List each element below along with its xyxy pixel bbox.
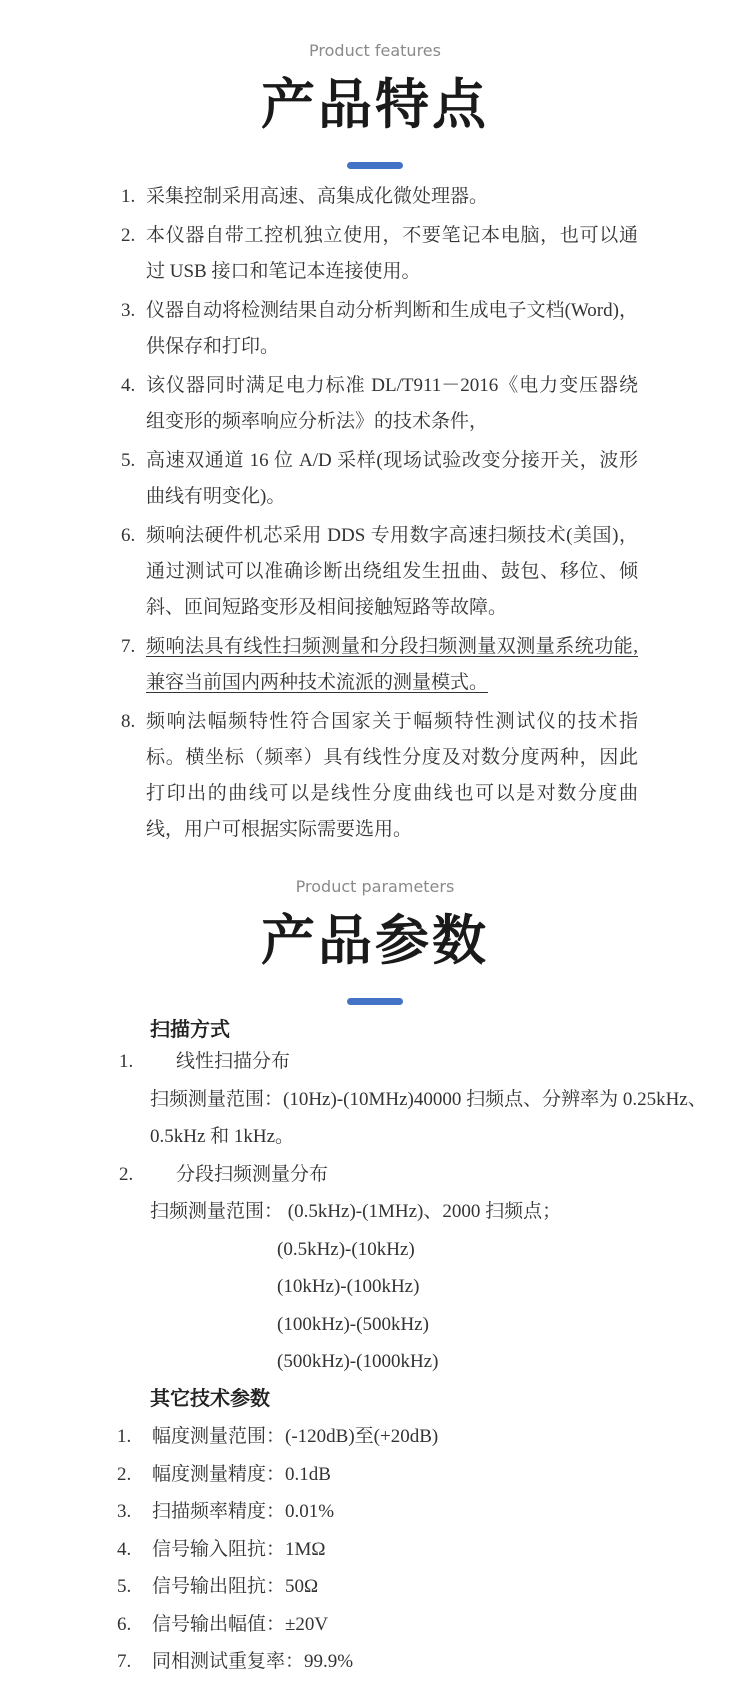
- blue-divider-bar: [347, 998, 403, 1005]
- bottom-whitespace: [0, 1681, 750, 1697]
- item-number: 2.: [121, 218, 146, 254]
- item-number: 5.: [121, 443, 146, 479]
- scan-mode-heading: 扫描方式: [0, 1017, 750, 1043]
- item-number: 4.: [121, 368, 146, 404]
- other-param-item: 1. 幅度测量范围：(-120dB)至(+20dB): [0, 1418, 750, 1456]
- frequency-range: (0.5kHz)-(10kHz): [0, 1231, 750, 1269]
- item-number: 1.: [117, 1418, 152, 1456]
- parameters-title: 产品参数: [0, 908, 750, 974]
- other-params-heading: 其它技术参数: [0, 1381, 750, 1419]
- item-number: 5.: [117, 1568, 152, 1606]
- item-title: 线性扫描分布: [176, 1043, 290, 1081]
- frequency-range: (100kHz)-(500kHz): [0, 1306, 750, 1344]
- item-number: 7.: [121, 629, 146, 665]
- frequency-range: (10kHz)-(100kHz): [0, 1268, 750, 1306]
- feature-item: 1. 采集控制采用高速、高集成化微处理器。: [121, 179, 750, 215]
- scan-range-line: 扫频测量范围：(10Hz)-(10MHz)40000 扫频点、分辨率为 0.25…: [0, 1081, 750, 1119]
- item-number: 6.: [121, 518, 146, 554]
- item-text: 同相测试重复率：99.9%: [152, 1643, 353, 1681]
- product-detail-page: Product features 产品特点 1. 采集控制采用高速、高集成化微处…: [0, 0, 750, 1697]
- item-text: 高速双通道 16 位 A/D 采样(现场试验改变分接开关，波形曲线有明变化)。: [146, 443, 638, 515]
- item-number: 3.: [121, 293, 146, 329]
- feature-item: 4. 该仪器同时满足电力标准 DL/T911－2016《电力变压器绕组变形的频率…: [121, 368, 750, 440]
- frequency-range: (500kHz)-(1000kHz): [0, 1343, 750, 1381]
- features-label-en: Product features: [0, 0, 750, 60]
- item-text: 本仪器自带工控机独立使用，不要笔记本电脑，也可以通过 USB 接口和笔记本连接使…: [146, 218, 638, 290]
- item-number: 2.: [117, 1456, 152, 1494]
- scan-range-line: 0.5kHz 和 1kHz。: [0, 1118, 750, 1156]
- feature-item: 5. 高速双通道 16 位 A/D 采样(现场试验改变分接开关，波形曲线有明变化…: [121, 443, 750, 515]
- features-list: 1. 采集控制采用高速、高集成化微处理器。 2. 本仪器自带工控机独立使用，不要…: [0, 179, 750, 848]
- item-number: 6.: [117, 1606, 152, 1644]
- parameters-section: Product parameters 产品参数 扫描方式 1. 线性扫描分布 扫…: [0, 878, 750, 1697]
- parameters-label-en: Product parameters: [0, 878, 750, 896]
- feature-item: 2. 本仪器自带工控机独立使用，不要笔记本电脑，也可以通过 USB 接口和笔记本…: [121, 218, 750, 290]
- item-text: 扫描频率精度：0.01%: [152, 1493, 334, 1531]
- blue-divider-bar: [347, 162, 403, 169]
- item-text: 信号输出幅值：±20V: [152, 1606, 328, 1644]
- item-title: 分段扫频测量分布: [176, 1156, 328, 1194]
- item-text: 信号输入阻抗：1MΩ: [152, 1531, 326, 1569]
- other-param-item: 4. 信号输入阻抗：1MΩ: [0, 1531, 750, 1569]
- item-text: 幅度测量精度：0.1dB: [152, 1456, 331, 1494]
- feature-item: 8. 频响法幅频特性符合国家关于幅频特性测试仪的技术指标。横坐标（频率）具有线性…: [121, 704, 750, 848]
- item-number: 2.: [119, 1156, 176, 1194]
- other-param-item: 7. 同相测试重复率：99.9%: [0, 1643, 750, 1681]
- item-number: 8.: [121, 704, 146, 740]
- item-text: 采集控制采用高速、高集成化微处理器。: [146, 179, 638, 215]
- item-number: 4.: [117, 1531, 152, 1569]
- item-number: 1.: [121, 179, 146, 215]
- item-text: 幅度测量范围：(-120dB)至(+20dB): [152, 1418, 438, 1456]
- feature-item-underlined: 7. 频响法具有线性扫频测量和分段扫频测量双测量系统功能, 兼容当前国内两种技术…: [121, 629, 750, 701]
- item-text: 仪器自动将检测结果自动分析判断和生成电子文档(Word)，供保存和打印。: [146, 293, 638, 365]
- item-number: 7.: [117, 1643, 152, 1681]
- other-param-item: 6. 信号输出幅值：±20V: [0, 1606, 750, 1644]
- item-text: 频响法幅频特性符合国家关于幅频特性测试仪的技术指标。横坐标（频率）具有线性分度及…: [146, 704, 638, 848]
- feature-item: 3. 仪器自动将检测结果自动分析判断和生成电子文档(Word)，供保存和打印。: [121, 293, 750, 365]
- other-param-item: 2. 幅度测量精度：0.1dB: [0, 1456, 750, 1494]
- feature-item: 6. 频响法硬件机芯采用 DDS 专用数字高速扫频技术(美国)，通过测试可以准确…: [121, 518, 750, 626]
- item-text: 该仪器同时满足电力标准 DL/T911－2016《电力变压器绕组变形的频率响应分…: [146, 368, 638, 440]
- scan-item-linear: 1. 线性扫描分布: [0, 1043, 750, 1081]
- item-text: 频响法硬件机芯采用 DDS 专用数字高速扫频技术(美国)，通过测试可以准确诊断出…: [146, 518, 638, 626]
- scan-item-segmented: 2. 分段扫频测量分布: [0, 1156, 750, 1194]
- item-text: 频响法具有线性扫频测量和分段扫频测量双测量系统功能, 兼容当前国内两种技术流派的…: [146, 629, 638, 701]
- other-param-item: 5. 信号输出阻抗：50Ω: [0, 1568, 750, 1606]
- other-param-item: 3. 扫描频率精度：0.01%: [0, 1493, 750, 1531]
- features-section: Product features 产品特点 1. 采集控制采用高速、高集成化微处…: [0, 0, 750, 848]
- features-title: 产品特点: [0, 72, 750, 138]
- item-text: 信号输出阻抗：50Ω: [152, 1568, 318, 1606]
- scan-range-line: 扫频测量范围： (0.5kHz)-(1MHz)、2000 扫频点；: [0, 1193, 750, 1231]
- item-number: 3.: [117, 1493, 152, 1531]
- item-number: 1.: [119, 1043, 176, 1081]
